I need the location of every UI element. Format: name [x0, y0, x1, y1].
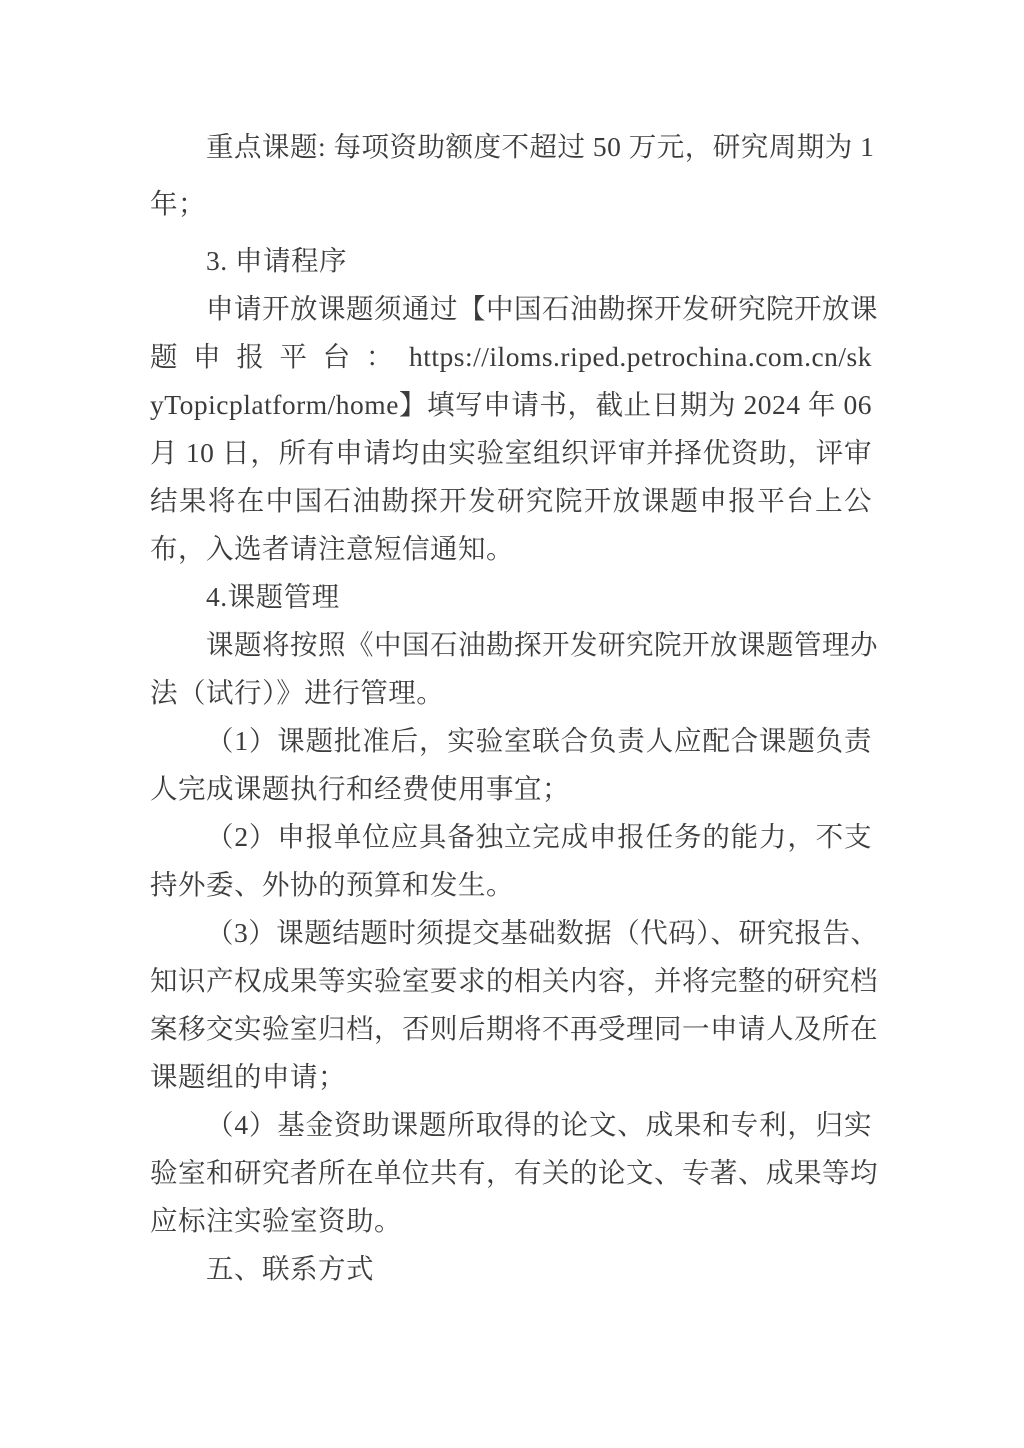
document-text-line: 持外委、外协的预算和发生。	[150, 861, 872, 909]
document-text-line: （1）课题批准后，实验室联合负责人应配合课题负责	[150, 717, 872, 765]
document-text-line: （4）基金资助课题所取得的论文、成果和专利，归实	[150, 1101, 872, 1149]
page-background: { "colors": { "page_background": "#fffff…	[0, 0, 1024, 1448]
document-text-line: 年；	[150, 180, 872, 228]
document-text-line: （2）申报单位应具备独立完成申报任务的能力，不支	[150, 813, 872, 861]
document-text-line: 知识产权成果等实验室要求的相关内容，并将完整的研究档	[150, 957, 872, 1005]
document-text-line: 应标注实验室资助。	[150, 1197, 872, 1245]
document-text-line: 申请开放课题须通过【中国石油勘探开发研究院开放课	[150, 285, 872, 333]
document-text-line: 结果将在中国石油勘探开发研究院开放课题申报平台上公	[150, 477, 872, 525]
document-text-line: yTopicplatform/home】填写申请书，截止日期为 2024 年 0…	[150, 381, 872, 429]
document-text-line: 月 10 日，所有申请均由实验室组织评审并择优资助，评审	[150, 429, 872, 477]
document-text-line: 人完成课题执行和经费使用事宜；	[150, 765, 872, 813]
document-text-line: 布，入选者请注意短信通知。	[150, 525, 872, 573]
document-text-line: 验室和研究者所在单位共有，有关的论文、专著、成果等均	[150, 1149, 872, 1197]
document-text-line: 题申报平台：https://iloms.riped.petrochina.com…	[150, 333, 872, 381]
document-text-line: 法（试行）》进行管理。	[150, 669, 872, 717]
document-text-line: 五、联系方式	[150, 1245, 872, 1293]
document-text-line: 重点课题: 每项资助额度不超过 50 万元，研究周期为 1	[150, 123, 872, 171]
document-page: 重点课题: 每项资助额度不超过 50 万元，研究周期为 1年；3. 申请程序申请…	[0, 0, 1024, 1448]
document-text-block: 重点课题: 每项资助额度不超过 50 万元，研究周期为 1年；3. 申请程序申请…	[150, 123, 872, 1293]
document-text-line: （3）课题结题时须提交基础数据（代码）、研究报告、	[150, 909, 872, 957]
document-text-line: 4.课题管理	[150, 573, 872, 621]
document-text-line: 课题将按照《中国石油勘探开发研究院开放课题管理办	[150, 621, 872, 669]
document-text-line: 3. 申请程序	[150, 237, 872, 285]
document-text-line: 课题组的申请；	[150, 1053, 872, 1101]
document-text-line: 案移交实验室归档，否则后期将不再受理同一申请人及所在	[150, 1005, 872, 1053]
